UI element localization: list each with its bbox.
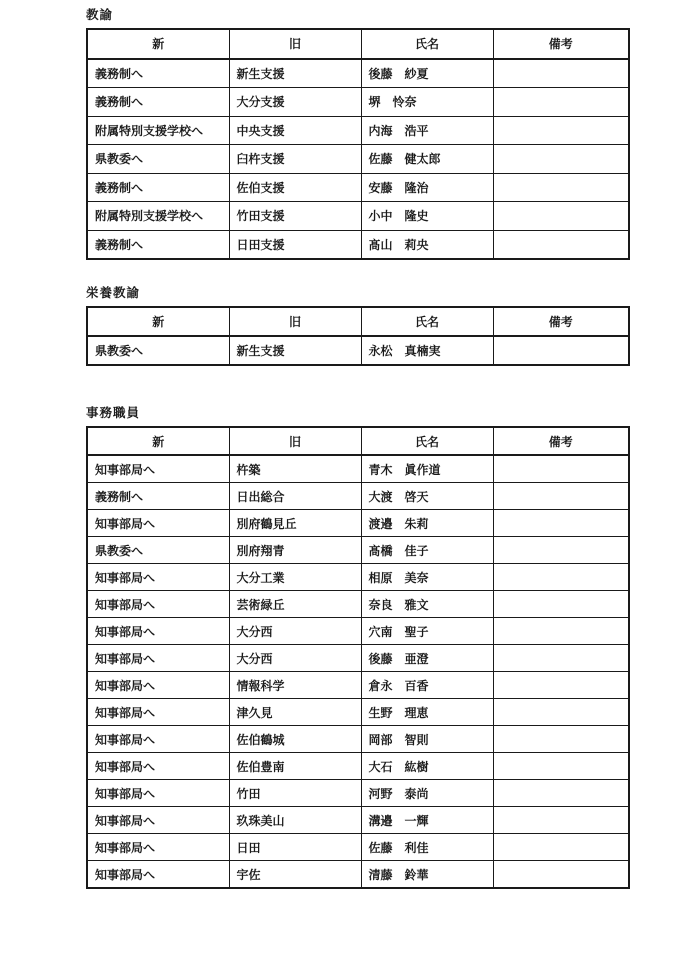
cell-remarks	[493, 645, 629, 672]
cell-new: 義務制へ	[87, 88, 229, 117]
cell-name: 河野 泰尚	[361, 780, 493, 807]
cell-old: 津久見	[229, 699, 361, 726]
table-row: 義務制へ新生支援後藤 紗夏	[87, 59, 629, 88]
table-row: 知事部局へ津久見生野 理恵	[87, 699, 629, 726]
cell-new: 知事部局へ	[87, 564, 229, 591]
admin-staff-table: 新旧氏名備考知事部局へ杵築青木 眞作道義務制へ日出総合大渡 啓天知事部局へ別府鶴…	[86, 426, 630, 889]
table-row: 知事部局へ情報科学倉永 百香	[87, 672, 629, 699]
column-header-name: 氏名	[361, 29, 493, 59]
cell-remarks	[493, 564, 629, 591]
cell-remarks	[493, 145, 629, 174]
cell-old: 杵築	[229, 455, 361, 483]
cell-remarks	[493, 591, 629, 618]
cell-name: 内海 浩平	[361, 116, 493, 145]
table-row: 知事部局へ杵築青木 眞作道	[87, 455, 629, 483]
cell-old: 臼杵支援	[229, 145, 361, 174]
cell-name: 奈良 雅文	[361, 591, 493, 618]
cell-old: 別府翔青	[229, 537, 361, 564]
table-row: 県教委へ臼杵支援佐藤 健太郎	[87, 145, 629, 174]
section-nutrition-teachers: 栄養教諭新旧氏名備考県教委へ新生支援永松 真楠実	[86, 286, 628, 366]
cell-remarks	[493, 173, 629, 202]
cell-name: 倉永 百香	[361, 672, 493, 699]
cell-remarks	[493, 726, 629, 753]
header-row: 新旧氏名備考	[87, 427, 629, 455]
teachers-table: 新旧氏名備考義務制へ新生支援後藤 紗夏義務制へ大分支援堺 怜奈附属特別支援学校へ…	[86, 28, 630, 260]
cell-name: 佐藤 利佳	[361, 834, 493, 861]
column-header-remarks: 備考	[493, 29, 629, 59]
cell-remarks	[493, 483, 629, 510]
table-row: 知事部局へ佐伯豊南大石 紘樹	[87, 753, 629, 780]
cell-new: 知事部局へ	[87, 807, 229, 834]
cell-new: 知事部局へ	[87, 861, 229, 889]
cell-old: 大分工業	[229, 564, 361, 591]
cell-new: 知事部局へ	[87, 455, 229, 483]
cell-old: 日田支援	[229, 230, 361, 259]
table-row: 知事部局へ別府鶴見丘渡邉 朱莉	[87, 510, 629, 537]
column-header-name: 氏名	[361, 427, 493, 455]
cell-name: 渡邉 朱莉	[361, 510, 493, 537]
table-row: 知事部局へ大分工業相原 美奈	[87, 564, 629, 591]
cell-new: 知事部局へ	[87, 726, 229, 753]
cell-new: 知事部局へ	[87, 699, 229, 726]
cell-old: 別府鶴見丘	[229, 510, 361, 537]
cell-name: 後藤 紗夏	[361, 59, 493, 88]
cell-remarks	[493, 834, 629, 861]
nutrition-teachers-table: 新旧氏名備考県教委へ新生支援永松 真楠実	[86, 306, 630, 366]
cell-old: 竹田	[229, 780, 361, 807]
cell-name: 堺 怜奈	[361, 88, 493, 117]
cell-old: 大分支援	[229, 88, 361, 117]
cell-old: 新生支援	[229, 336, 361, 365]
cell-name: 溝邉 一輝	[361, 807, 493, 834]
cell-remarks	[493, 537, 629, 564]
cell-old: 中央支援	[229, 116, 361, 145]
table-row: 知事部局へ竹田河野 泰尚	[87, 780, 629, 807]
header-row: 新旧氏名備考	[87, 29, 629, 59]
cell-new: 知事部局へ	[87, 780, 229, 807]
table-row: 知事部局へ玖珠美山溝邉 一輝	[87, 807, 629, 834]
cell-old: 情報科学	[229, 672, 361, 699]
table-row: 県教委へ別府翔青髙橋 佳子	[87, 537, 629, 564]
cell-remarks	[493, 116, 629, 145]
cell-old: 日出総合	[229, 483, 361, 510]
cell-remarks	[493, 88, 629, 117]
section-admin-staff: 事務職員新旧氏名備考知事部局へ杵築青木 眞作道義務制へ日出総合大渡 啓天知事部局…	[86, 406, 628, 889]
table-row: 知事部局へ宇佐清藤 鈴華	[87, 861, 629, 889]
table-row: 義務制へ日出総合大渡 啓天	[87, 483, 629, 510]
cell-remarks	[493, 618, 629, 645]
cell-name: 穴南 聖子	[361, 618, 493, 645]
table-row: 知事部局へ芸術緑丘奈良 雅文	[87, 591, 629, 618]
table-row: 知事部局へ日田佐藤 利佳	[87, 834, 629, 861]
cell-name: 永松 真楠実	[361, 336, 493, 365]
cell-new: 知事部局へ	[87, 510, 229, 537]
cell-new: 義務制へ	[87, 59, 229, 88]
cell-new: 義務制へ	[87, 483, 229, 510]
section-teachers: 教諭新旧氏名備考義務制へ新生支援後藤 紗夏義務制へ大分支援堺 怜奈附属特別支援学…	[86, 8, 628, 260]
cell-remarks	[493, 510, 629, 537]
column-header-new: 新	[87, 427, 229, 455]
table-row: 義務制へ大分支援堺 怜奈	[87, 88, 629, 117]
table-row: 知事部局へ大分西後藤 亜澄	[87, 645, 629, 672]
section-title-admin-staff: 事務職員	[86, 406, 628, 420]
table-row: 義務制へ日田支援髙山 莉央	[87, 230, 629, 259]
section-title-nutrition-teachers: 栄養教諭	[86, 286, 628, 300]
section-title-teachers: 教諭	[86, 8, 628, 22]
cell-name: 大渡 啓天	[361, 483, 493, 510]
cell-new: 附属特別支援学校へ	[87, 116, 229, 145]
table-row: 知事部局へ佐伯鶴城岡部 智則	[87, 726, 629, 753]
column-header-name: 氏名	[361, 307, 493, 336]
cell-name: 髙山 莉央	[361, 230, 493, 259]
cell-remarks	[493, 753, 629, 780]
cell-new: 義務制へ	[87, 230, 229, 259]
cell-old: 大分西	[229, 618, 361, 645]
cell-old: 大分西	[229, 645, 361, 672]
column-header-remarks: 備考	[493, 427, 629, 455]
cell-new: 義務制へ	[87, 173, 229, 202]
cell-remarks	[493, 672, 629, 699]
cell-new: 附属特別支援学校へ	[87, 202, 229, 231]
cell-remarks	[493, 202, 629, 231]
cell-name: 清藤 鈴華	[361, 861, 493, 889]
table-row: 義務制へ佐伯支援安藤 隆治	[87, 173, 629, 202]
cell-new: 知事部局へ	[87, 591, 229, 618]
cell-old: 竹田支援	[229, 202, 361, 231]
cell-old: 芸術緑丘	[229, 591, 361, 618]
cell-new: 県教委へ	[87, 537, 229, 564]
cell-remarks	[493, 336, 629, 365]
cell-old: 佐伯支援	[229, 173, 361, 202]
table-row: 附属特別支援学校へ竹田支援小中 隆史	[87, 202, 629, 231]
cell-remarks	[493, 59, 629, 88]
cell-old: 宇佐	[229, 861, 361, 889]
cell-name: 生野 理恵	[361, 699, 493, 726]
cell-new: 県教委へ	[87, 336, 229, 365]
column-header-remarks: 備考	[493, 307, 629, 336]
cell-remarks	[493, 780, 629, 807]
cell-name: 小中 隆史	[361, 202, 493, 231]
cell-new: 知事部局へ	[87, 672, 229, 699]
cell-name: 髙橋 佳子	[361, 537, 493, 564]
column-header-new: 新	[87, 29, 229, 59]
cell-remarks	[493, 807, 629, 834]
cell-name: 岡部 智則	[361, 726, 493, 753]
cell-name: 相原 美奈	[361, 564, 493, 591]
cell-name: 大石 紘樹	[361, 753, 493, 780]
cell-old: 新生支援	[229, 59, 361, 88]
cell-new: 知事部局へ	[87, 834, 229, 861]
cell-old: 佐伯豊南	[229, 753, 361, 780]
column-header-old: 旧	[229, 307, 361, 336]
cell-remarks	[493, 861, 629, 889]
cell-new: 県教委へ	[87, 145, 229, 174]
table-row: 知事部局へ大分西穴南 聖子	[87, 618, 629, 645]
cell-name: 安藤 隆治	[361, 173, 493, 202]
table-row: 県教委へ新生支援永松 真楠実	[87, 336, 629, 365]
sections-container: 教諭新旧氏名備考義務制へ新生支援後藤 紗夏義務制へ大分支援堺 怜奈附属特別支援学…	[86, 8, 628, 889]
document-page: 教諭新旧氏名備考義務制へ新生支援後藤 紗夏義務制へ大分支援堺 怜奈附属特別支援学…	[0, 0, 680, 961]
cell-new: 知事部局へ	[87, 645, 229, 672]
cell-old: 日田	[229, 834, 361, 861]
cell-remarks	[493, 230, 629, 259]
cell-remarks	[493, 699, 629, 726]
column-header-old: 旧	[229, 427, 361, 455]
column-header-new: 新	[87, 307, 229, 336]
cell-old: 佐伯鶴城	[229, 726, 361, 753]
cell-name: 佐藤 健太郎	[361, 145, 493, 174]
cell-name: 青木 眞作道	[361, 455, 493, 483]
column-header-old: 旧	[229, 29, 361, 59]
cell-new: 知事部局へ	[87, 618, 229, 645]
header-row: 新旧氏名備考	[87, 307, 629, 336]
cell-new: 知事部局へ	[87, 753, 229, 780]
cell-remarks	[493, 455, 629, 483]
cell-old: 玖珠美山	[229, 807, 361, 834]
table-row: 附属特別支援学校へ中央支援内海 浩平	[87, 116, 629, 145]
cell-name: 後藤 亜澄	[361, 645, 493, 672]
